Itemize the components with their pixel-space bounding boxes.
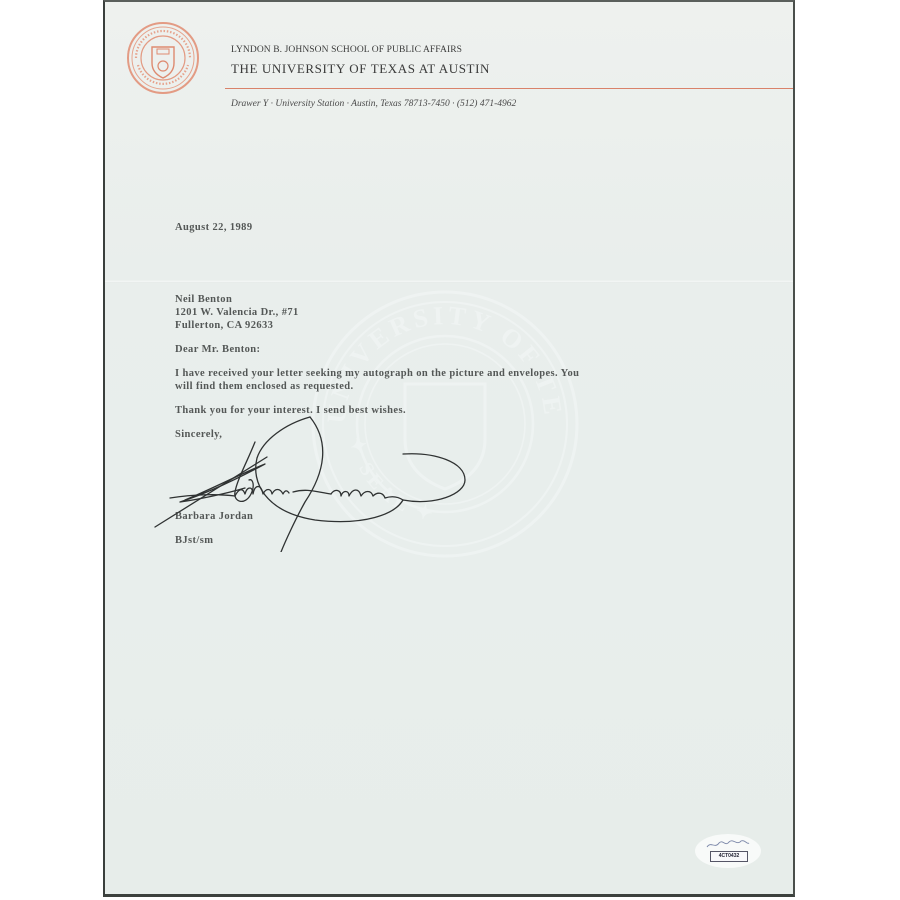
jsa-certificate-number: 4CT0432 [710,851,748,862]
jsa-authentication-sticker: 4CT0432 [695,834,761,868]
jsa-autograph-scrawl-icon [705,837,751,851]
paragraph-line-2: will find them enclosed as requested. [175,381,354,392]
university-seal-icon [126,21,200,95]
paragraph-line-1: I have received your letter seeking my a… [175,368,579,379]
paper-fold-line [105,280,793,283]
school-name: LYNDON B. JOHNSON SCHOOL OF PUBLIC AFFAI… [231,45,462,55]
letterhead-rule [225,88,793,89]
recipient-street: 1201 W. Valencia Dr., #71 [175,307,299,318]
recipient-name: Neil Benton [175,294,232,305]
university-name: THE UNIVERSITY OF TEXAS AT AUSTIN [231,61,490,77]
letterhead-address: Drawer Y · University Station · Austin, … [231,99,516,109]
handwritten-signature-icon [135,402,495,552]
letter-page: UNIVERSITY OF TEXAS ✦ SEAL ✦ LYNDON B. J… [103,0,795,897]
recipient-city: Fullerton, CA 92633 [175,320,273,331]
signature-name: Barbara Jordan [175,511,253,522]
letter-date: August 22, 1989 [175,222,252,233]
salutation: Dear Mr. Benton: [175,344,260,355]
reference-initials: BJst/sm [175,535,213,546]
